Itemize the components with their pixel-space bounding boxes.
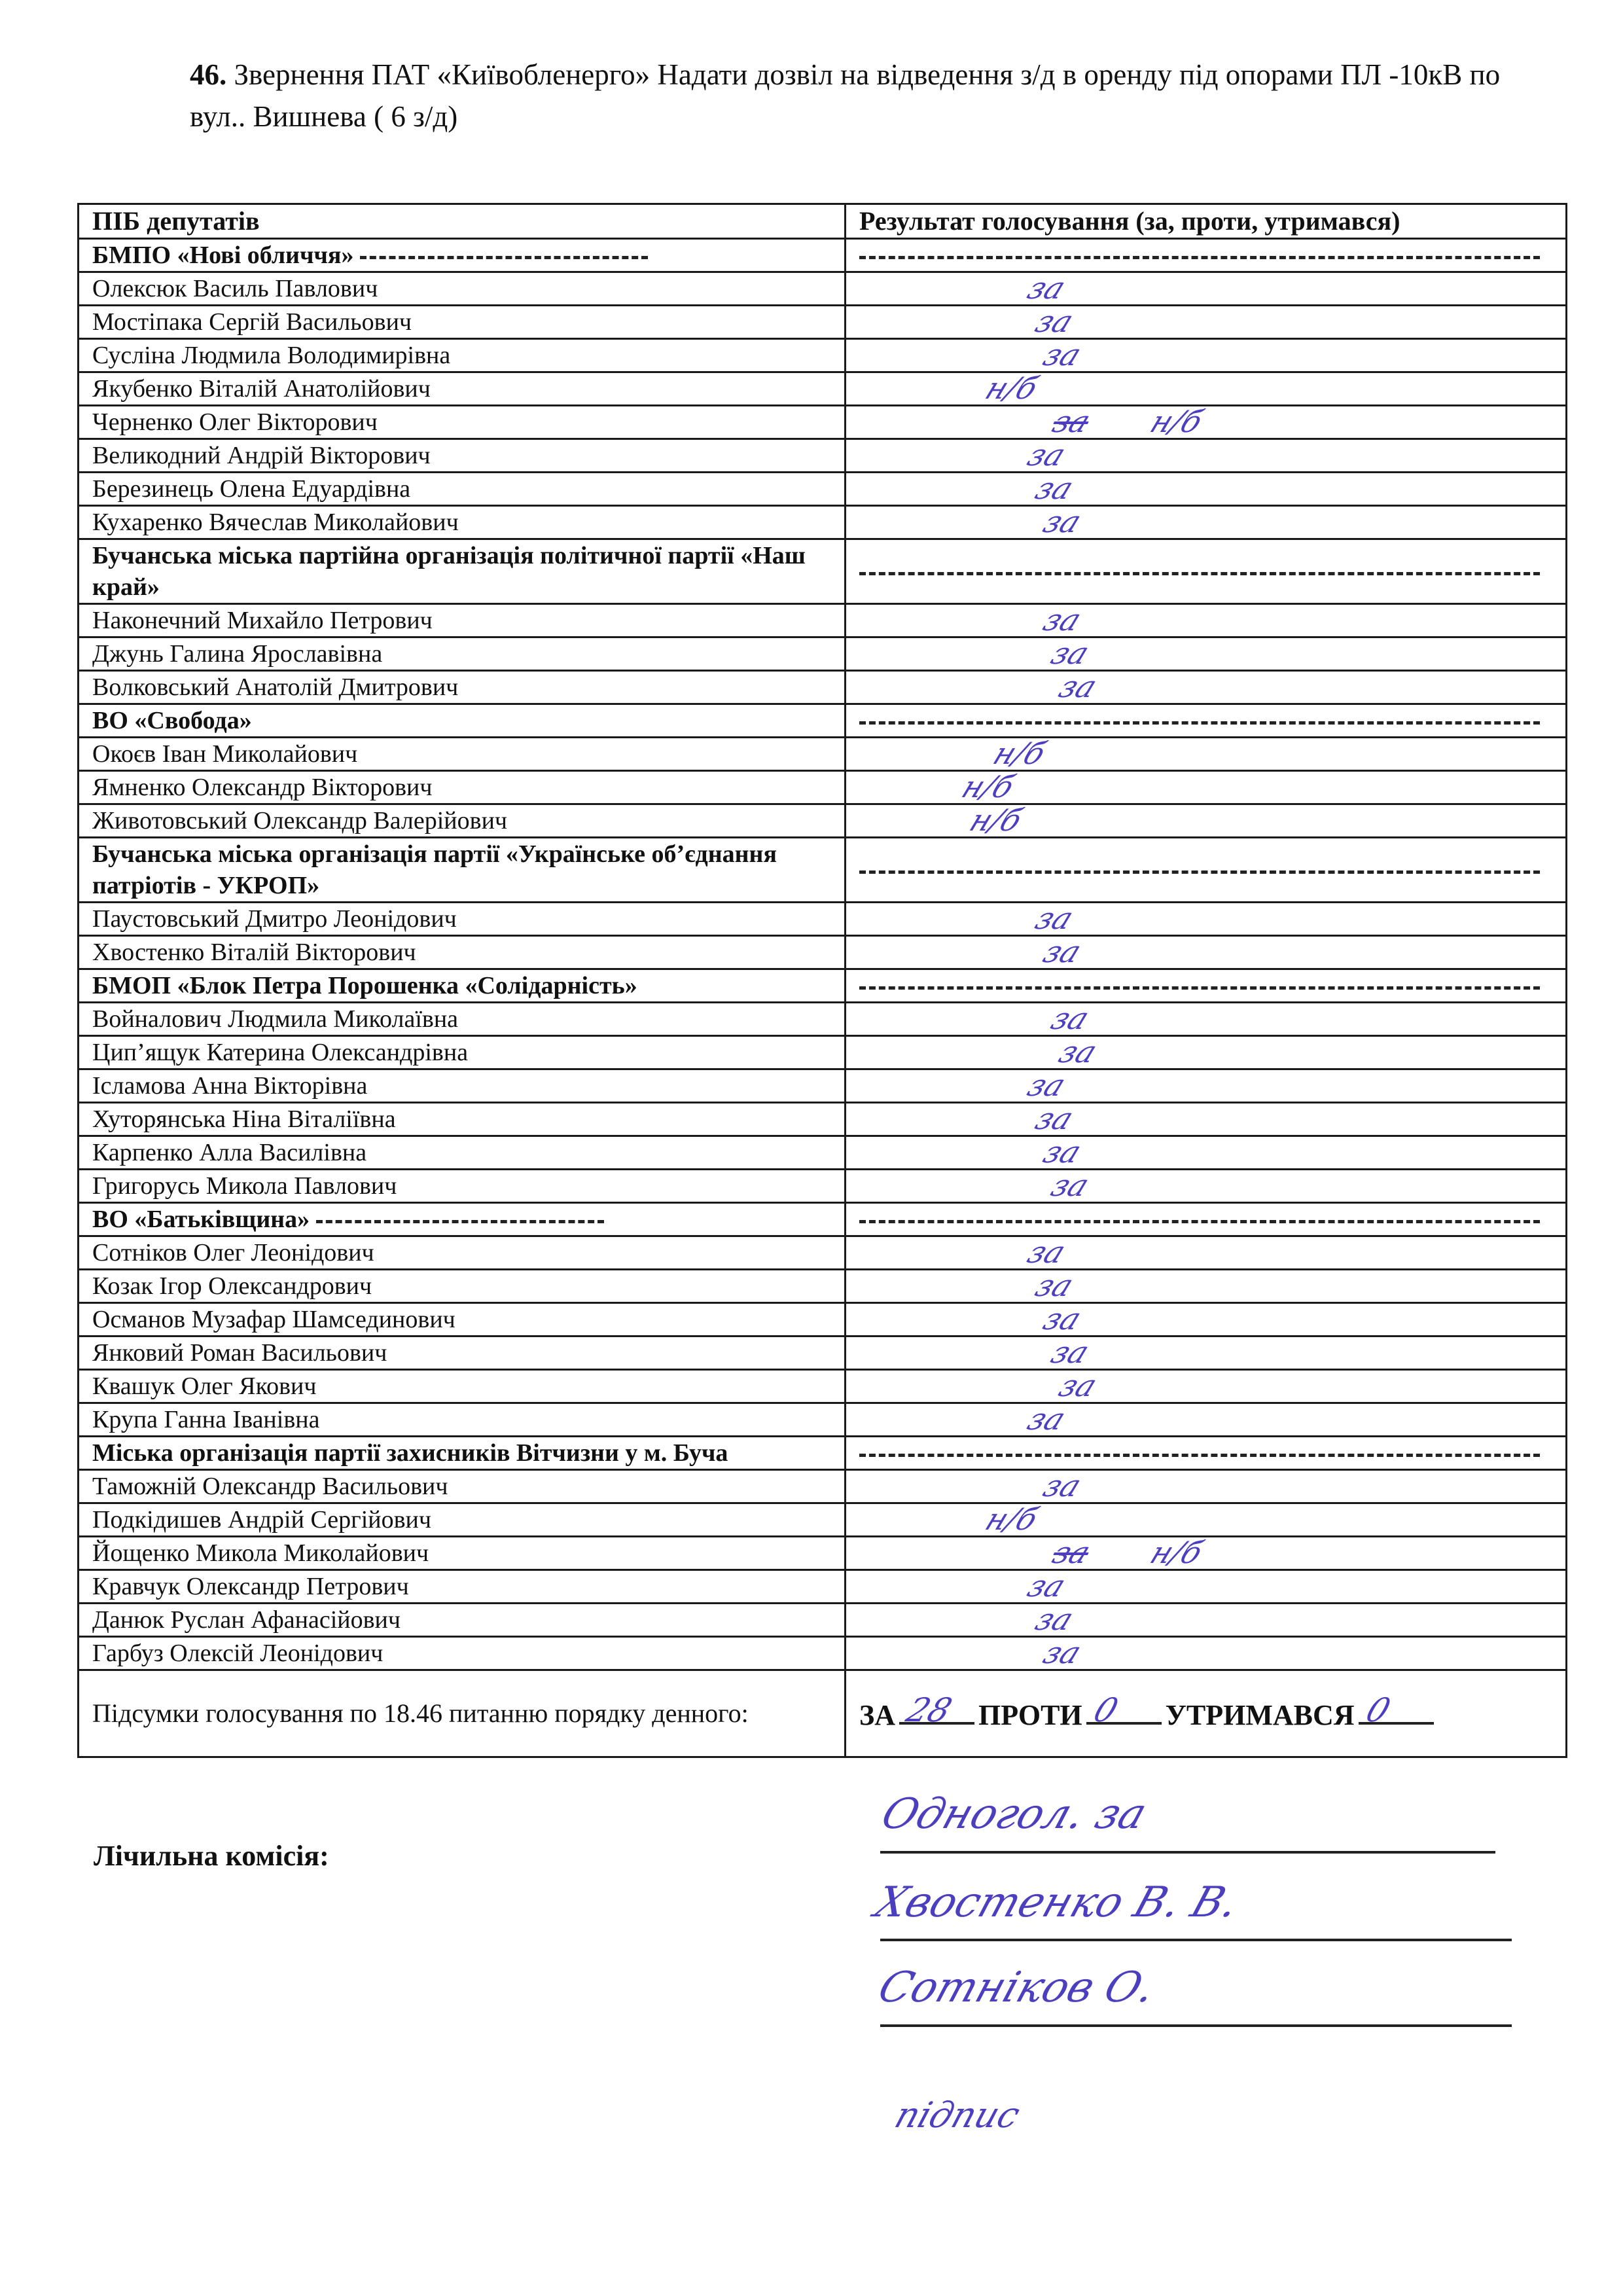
member-name: Хвостенко Віталій Вікторович	[79, 936, 846, 969]
vote-cell: за	[846, 1270, 1567, 1303]
signature-line	[880, 2024, 1512, 2027]
vote-mark: за	[1039, 1471, 1086, 1501]
member-name: Хуторянська Ніна Віталіївна	[79, 1103, 846, 1136]
party-header-row: Бучанська міська партійна організація по…	[79, 539, 1567, 604]
vote-mark: н/б	[990, 738, 1050, 768]
member-name: Цип’ящук Катерина Олександрівна	[79, 1036, 846, 1069]
party-header-row: Бучанська міська організація партії «Укр…	[79, 838, 1567, 903]
party-name-cell: Бучанська міська організація партії «Укр…	[79, 838, 846, 903]
party-name: Бучанська міська партійна організація по…	[92, 542, 806, 601]
vote-mark: за	[1031, 1604, 1078, 1634]
za-label: ЗА	[859, 1699, 895, 1731]
member-row: Ісламова Анна Вікторівназа	[79, 1069, 1567, 1103]
vote-cell: за	[846, 1470, 1567, 1503]
signature-line	[880, 1939, 1512, 1941]
member-name: Мостіпака Сергій Васильович	[79, 306, 846, 339]
member-row: Войналович Людмила Миколаївназа	[79, 1003, 1567, 1036]
dash-filler	[859, 986, 1540, 990]
vote-cell: за	[846, 1637, 1567, 1670]
member-name: Кухаренко Вячеслав Миколайович	[79, 506, 846, 539]
vote-mark: за	[1039, 1304, 1086, 1334]
totals-line: ЗА28ПРОТИ0УТРИМАВСЯ0	[859, 1699, 1438, 1731]
vote-mark: за	[1039, 605, 1086, 635]
member-name: Данюк Руслан Афанасійович	[79, 1604, 846, 1637]
vote-mark: н/б	[966, 805, 1026, 835]
column-header-names: ПІБ депутатів	[79, 204, 846, 239]
member-name: Гарбуз Олексій Леонідович	[79, 1637, 846, 1670]
member-row: Животовський Олександр Валерійовичн/б	[79, 804, 1567, 838]
member-name: Кравчук Олександр Петрович	[79, 1570, 846, 1604]
member-name: Якубенко Віталій Анатолійович	[79, 372, 846, 406]
signature-handwriting: Одногол. за	[876, 1790, 1152, 1839]
vote-mark: за	[1024, 1571, 1070, 1601]
member-row: Османов Музафар Шамсединовичза	[79, 1303, 1567, 1336]
member-row: Джунь Галина Ярославівназа	[79, 637, 1567, 671]
member-name: Олексюк Василь Павлович	[79, 272, 846, 306]
vote-mark: за	[1024, 1070, 1070, 1100]
vote-cell: за	[846, 1604, 1567, 1637]
signature-line	[880, 1851, 1495, 1854]
vote-cell: за	[846, 272, 1567, 306]
vote-mark: за	[1031, 473, 1078, 503]
column-header-result: Результат голосування (за, проти, утрима…	[846, 204, 1567, 239]
vote-table: ПІБ депутатів Результат голосування (за,…	[77, 203, 1567, 1758]
member-name: Козак Ігор Олександрович	[79, 1270, 846, 1303]
party-name-cell: ВО «Свобода»	[79, 704, 846, 738]
vote-mark: н/б	[982, 373, 1042, 403]
member-name: Джунь Галина Ярославівна	[79, 637, 846, 671]
dash-filler	[316, 1220, 604, 1223]
party-name-cell: Бучанська міська партійна організація по…	[79, 539, 846, 604]
member-row: Великодний Андрій Вікторовичза	[79, 439, 1567, 473]
vote-cell: за	[846, 604, 1567, 637]
vote-mark: за	[1024, 1404, 1070, 1434]
utrymavsia-value: 0	[1362, 1695, 1394, 1726]
member-name: Войналович Людмила Миколаївна	[79, 1003, 846, 1036]
member-name: Березинець Олена Едуардівна	[79, 473, 846, 506]
member-row: Крупа Ганна Іванівназа	[79, 1403, 1567, 1437]
dash-filler	[859, 870, 1540, 874]
vote-cell: за	[846, 439, 1567, 473]
party-result-cell	[846, 239, 1567, 272]
vote-cell: за	[846, 1370, 1567, 1403]
vote-mark: за	[1039, 340, 1086, 370]
member-row: Квашук Олег Яковичза	[79, 1370, 1567, 1403]
vote-mark: за	[1055, 1371, 1101, 1401]
member-row: Гарбуз Олексій Леонідовичза	[79, 1637, 1567, 1670]
party-result-cell	[846, 704, 1567, 738]
vote-cell: за	[846, 506, 1567, 539]
party-result-cell	[846, 1203, 1567, 1236]
member-row: Хвостенко Віталій Вікторовичза	[79, 936, 1567, 969]
vote-cell: н/б	[846, 771, 1567, 804]
party-header-row: Міська організація партії захисників Віт…	[79, 1437, 1567, 1470]
summary-totals: ЗА28ПРОТИ0УТРИМАВСЯ0	[846, 1670, 1567, 1757]
agenda-item-number: 46.	[190, 58, 226, 91]
vote-cell: за	[846, 1170, 1567, 1203]
proty-label: ПРОТИ	[978, 1699, 1082, 1731]
party-name: Бучанська міська організація партії «Укр…	[92, 840, 777, 899]
vote-mark: н/б	[1147, 1537, 1207, 1568]
member-row: Таможній Олександр Васильовичза	[79, 1470, 1567, 1503]
vote-cell: зан/б	[846, 406, 1567, 439]
vote-cell: за	[846, 903, 1567, 936]
vote-cell: н/б	[846, 1503, 1567, 1537]
party-name: БМПО «Нові обличчя»	[92, 242, 353, 269]
member-name: Квашук Олег Якович	[79, 1370, 846, 1403]
vote-mark: н/б	[1147, 406, 1207, 437]
member-name: Великодний Андрій Вікторович	[79, 439, 846, 473]
party-result-cell	[846, 539, 1567, 604]
member-row: Березинець Олена Едуардівназа	[79, 473, 1567, 506]
vote-mark-struck: за	[1048, 406, 1095, 437]
party-header-row: БМПО «Нові обличчя»	[79, 239, 1567, 272]
vote-cell: за	[846, 671, 1567, 704]
party-name-cell: БМПО «Нові обличчя»	[79, 239, 846, 272]
member-name: Крупа Ганна Іванівна	[79, 1403, 846, 1437]
party-name: БМОП «Блок Петра Порошенка «Солідарність…	[92, 972, 637, 999]
vote-cell: за	[846, 473, 1567, 506]
dash-filler	[859, 721, 1540, 725]
member-name: Окоєв Іван Миколайович	[79, 738, 846, 771]
member-row: Кухаренко Вячеслав Миколайовичза	[79, 506, 1567, 539]
member-name: Карпенко Алла Василівна	[79, 1136, 846, 1170]
vote-cell: за	[846, 1236, 1567, 1270]
member-name: Наконечний Михайло Петрович	[79, 604, 846, 637]
vote-cell: за	[846, 1003, 1567, 1036]
party-name-cell: ВО «Батьківщина»	[79, 1203, 846, 1236]
member-row: Черненко Олег Вікторовичзан/б	[79, 406, 1567, 439]
party-name: ВО «Батьківщина»	[92, 1206, 310, 1233]
vote-mark-struck: за	[1048, 1537, 1095, 1568]
member-row: Волковський Анатолій Дмитровичза	[79, 671, 1567, 704]
dash-filler	[859, 572, 1540, 575]
vote-cell: за	[846, 637, 1567, 671]
vote-mark: за	[1024, 273, 1070, 303]
member-name: Йощенко Микола Миколайович	[79, 1537, 846, 1570]
vote-cell: за	[846, 1570, 1567, 1604]
party-header-row: ВО «Свобода»	[79, 704, 1567, 738]
signature-handwriting: Сотніков О.	[872, 1964, 1162, 2012]
member-name: Григорусь Микола Павлович	[79, 1170, 846, 1203]
vote-cell: за	[846, 1069, 1567, 1103]
summary-row: Підсумки голосування по 18.46 питанню по…	[79, 1670, 1567, 1757]
vote-mark: за	[1031, 1270, 1078, 1300]
member-row: Окоєв Іван Миколайовичн/б	[79, 738, 1567, 771]
vote-cell: зан/б	[846, 1537, 1567, 1570]
vote-mark: за	[1055, 1037, 1101, 1067]
vote-mark: н/б	[982, 1504, 1042, 1534]
vote-cell: за	[846, 306, 1567, 339]
za-value: 28	[902, 1695, 955, 1726]
agenda-item-heading: 46. Звернення ПАТ «Київобленерго» Надати…	[190, 54, 1558, 137]
member-row: Ямненко Олександр Вікторовичн/б	[79, 771, 1567, 804]
member-name: Ямненко Олександр Вікторович	[79, 771, 846, 804]
vote-cell: за	[846, 339, 1567, 372]
summary-label: Підсумки голосування по 18.46 питанню по…	[79, 1670, 846, 1757]
proty-blank: 0	[1086, 1696, 1162, 1725]
vote-mark: за	[1024, 1237, 1070, 1267]
member-name: Янковий Роман Васильович	[79, 1336, 846, 1370]
counting-commission-label: Лічильна комісія:	[94, 1839, 329, 1873]
member-name: Таможній Олександр Васильович	[79, 1470, 846, 1503]
dash-filler	[859, 1454, 1540, 1457]
member-row: Карпенко Алла Василівназа	[79, 1136, 1567, 1170]
party-name-cell: БМОП «Блок Петра Порошенка «Солідарність…	[79, 969, 846, 1003]
za-blank: 28	[899, 1696, 974, 1725]
member-row: Кравчук Олександр Петровичза	[79, 1570, 1567, 1604]
vote-mark: за	[1047, 638, 1094, 668]
vote-mark: н/б	[958, 772, 1018, 802]
member-row: Якубенко Віталій Анатолійовичн/б	[79, 372, 1567, 406]
vote-cell: н/б	[846, 738, 1567, 771]
member-name: Османов Музафар Шамсединович	[79, 1303, 846, 1336]
dash-filler	[859, 256, 1540, 259]
vote-mark: за	[1039, 937, 1086, 967]
vote-mark: за	[1039, 1638, 1086, 1668]
member-name: Животовський Олександр Валерійович	[79, 804, 846, 838]
member-row: Наконечний Михайло Петровичза	[79, 604, 1567, 637]
vote-mark: за	[1031, 306, 1078, 336]
member-name: Черненко Олег Вікторович	[79, 406, 846, 439]
member-name: Подкідишев Андрій Сергійович	[79, 1503, 846, 1537]
vote-cell: за	[846, 1103, 1567, 1136]
member-row: Подкідишев Андрій Сергійовичн/б	[79, 1503, 1567, 1537]
vote-mark: за	[1039, 507, 1086, 537]
vote-cell: за	[846, 1303, 1567, 1336]
party-result-cell	[846, 1437, 1567, 1470]
vote-cell: за	[846, 1136, 1567, 1170]
vote-mark: за	[1047, 1337, 1094, 1367]
dash-filler	[859, 1220, 1540, 1223]
vote-mark: за	[1024, 440, 1070, 470]
member-row: Олексюк Василь Павловичза	[79, 272, 1567, 306]
member-name: Ісламова Анна Вікторівна	[79, 1069, 846, 1103]
signature-handwriting: підпис	[890, 2094, 1026, 2136]
member-name: Паустовський Дмитро Леонідович	[79, 903, 846, 936]
member-row: Данюк Руслан Афанасійовичза	[79, 1604, 1567, 1637]
vote-mark: за	[1047, 1003, 1094, 1033]
vote-cell: за	[846, 936, 1567, 969]
vote-cell: н/б	[846, 372, 1567, 406]
utrymavsia-blank: 0	[1359, 1696, 1434, 1725]
member-row: Григорусь Микола Павловичза	[79, 1170, 1567, 1203]
agenda-item-text: Звернення ПАТ «Київобленерго» Надати доз…	[190, 58, 1500, 133]
vote-mark: за	[1031, 903, 1078, 933]
member-row: Сусліна Людмила Володимирівназа	[79, 339, 1567, 372]
vote-cell: за	[846, 1403, 1567, 1437]
party-header-row: ВО «Батьківщина»	[79, 1203, 1567, 1236]
member-row: Козак Ігор Олександровичза	[79, 1270, 1567, 1303]
table-header-row: ПІБ депутатів Результат голосування (за,…	[79, 204, 1567, 239]
proty-value: 0	[1090, 1695, 1122, 1726]
signature-handwriting: Хвостенко В. В.	[869, 1878, 1245, 1927]
member-name: Сотніков Олег Леонідович	[79, 1236, 846, 1270]
party-name-cell: Міська організація партії захисників Віт…	[79, 1437, 846, 1470]
vote-cell: за	[846, 1336, 1567, 1370]
member-row: Йощенко Микола Миколайовичзан/б	[79, 1537, 1567, 1570]
vote-mark: за	[1031, 1103, 1078, 1134]
vote-mark: за	[1055, 672, 1101, 702]
utrymavsia-label: УТРИМАВСЯ	[1166, 1699, 1355, 1731]
vote-cell: за	[846, 1036, 1567, 1069]
vote-cell: н/б	[846, 804, 1567, 838]
party-result-cell	[846, 969, 1567, 1003]
member-row: Сотніков Олег Леонідовичза	[79, 1236, 1567, 1270]
party-result-cell	[846, 838, 1567, 903]
member-row: Янковий Роман Васильовичза	[79, 1336, 1567, 1370]
member-row: Паустовський Дмитро Леонідовичза	[79, 903, 1567, 936]
party-header-row: БМОП «Блок Петра Порошенка «Солідарність…	[79, 969, 1567, 1003]
vote-mark: за	[1047, 1170, 1094, 1200]
party-name: ВО «Свобода»	[92, 707, 252, 734]
member-row: Цип’ящук Катерина Олександрівназа	[79, 1036, 1567, 1069]
dash-filler	[360, 256, 648, 259]
member-row: Хуторянська Ніна Віталіївназа	[79, 1103, 1567, 1136]
member-row: Мостіпака Сергій Васильовичза	[79, 306, 1567, 339]
party-name: Міська організація партії захисників Віт…	[92, 1439, 728, 1467]
vote-mark: за	[1039, 1137, 1086, 1167]
member-name: Волковський Анатолій Дмитрович	[79, 671, 846, 704]
member-name: Сусліна Людмила Володимирівна	[79, 339, 846, 372]
